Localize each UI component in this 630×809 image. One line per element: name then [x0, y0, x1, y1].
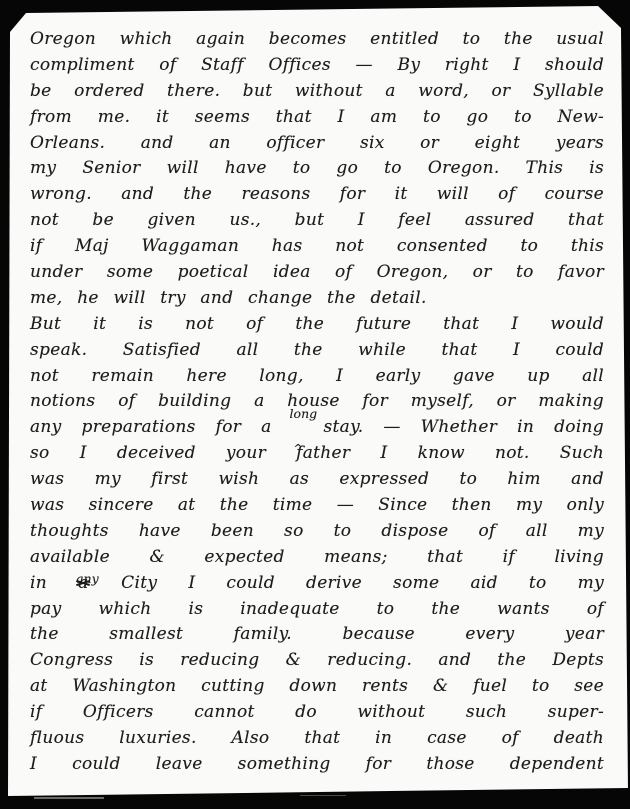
scan-background: Oregon which again becomes entitled to t… — [0, 0, 630, 809]
caret-mark: ^ — [294, 443, 304, 454]
line-text: in — [30, 573, 47, 593]
handwriting-line-with-correction: in any a City I could derive some aid to… — [30, 571, 604, 597]
scan-artifact — [300, 795, 346, 796]
handwriting-line: wrong. and the reasons for it will of co… — [30, 182, 604, 208]
handwriting-line: Oregon which again becomes entitled to t… — [30, 27, 604, 53]
handwriting-line: under some poetical idea of Oregon, or t… — [30, 260, 604, 286]
handwriting-line: not remain here long, I early gave up al… — [30, 364, 604, 390]
line-text: any preparations for a — [30, 417, 272, 437]
handwriting-line: at Washington cutting down rents & fuel … — [30, 674, 604, 700]
handwriting-line: speak. Satisfied all the while that I co… — [30, 338, 604, 364]
handwriting-line: pay which is inadequate to the wants of — [30, 597, 604, 623]
inserted-word: long — [290, 408, 318, 421]
handwriting-line: But it is not of the future that I would — [30, 312, 604, 338]
handwriting-line: not be given us., but I feel assured tha… — [30, 208, 604, 234]
handwriting-line: so I deceived your father I know not. Su… — [30, 441, 604, 467]
handwriting-line: Orleans. and an officer six or eight yea… — [30, 131, 604, 157]
handwriting-line: my Senior will have to go to Oregon. Thi… — [30, 156, 604, 182]
handwriting-line: was sincere at the time — Since then my … — [30, 493, 604, 519]
handwriting-line: be ordered there. but without a word, or… — [30, 79, 604, 105]
struck-word: a — [78, 571, 88, 597]
line-text: stay. — Whether in doing — [324, 417, 604, 437]
correction-point: any a — [78, 571, 90, 597]
handwriting-line: I could leave something for those depend… — [30, 752, 604, 778]
handwriting-line: fluous luxuries. Also that in case of de… — [30, 726, 604, 752]
handwriting-line: Congress is reducing & reducing. and the… — [30, 648, 604, 674]
handwriting-line: if Maj Waggaman has not consented to thi… — [30, 234, 604, 260]
letter-body: Oregon which again becomes entitled to t… — [30, 27, 604, 778]
handwriting-line: the smallest family. because every year — [30, 622, 604, 648]
handwriting-line: if Officers cannot do without such super… — [30, 700, 604, 726]
handwriting-line: was my first wish as expressed to him an… — [30, 467, 604, 493]
handwriting-line-with-insertion: any preparations for a long ^ stay. — Wh… — [30, 415, 604, 441]
line-text: City I could derive some aid to my — [121, 573, 604, 593]
handwriting-line: compliment of Staff Offices — By right I… — [30, 53, 604, 79]
handwriting-line: me, he will try and change the detail. — [30, 286, 604, 312]
handwriting-line: available & expected means; that if livi… — [30, 545, 604, 571]
handwriting-line: from me. it seems that I am to go to New… — [30, 105, 604, 131]
handwriting-line: thoughts have been so to dispose of all … — [30, 519, 604, 545]
scan-artifact — [34, 797, 104, 799]
